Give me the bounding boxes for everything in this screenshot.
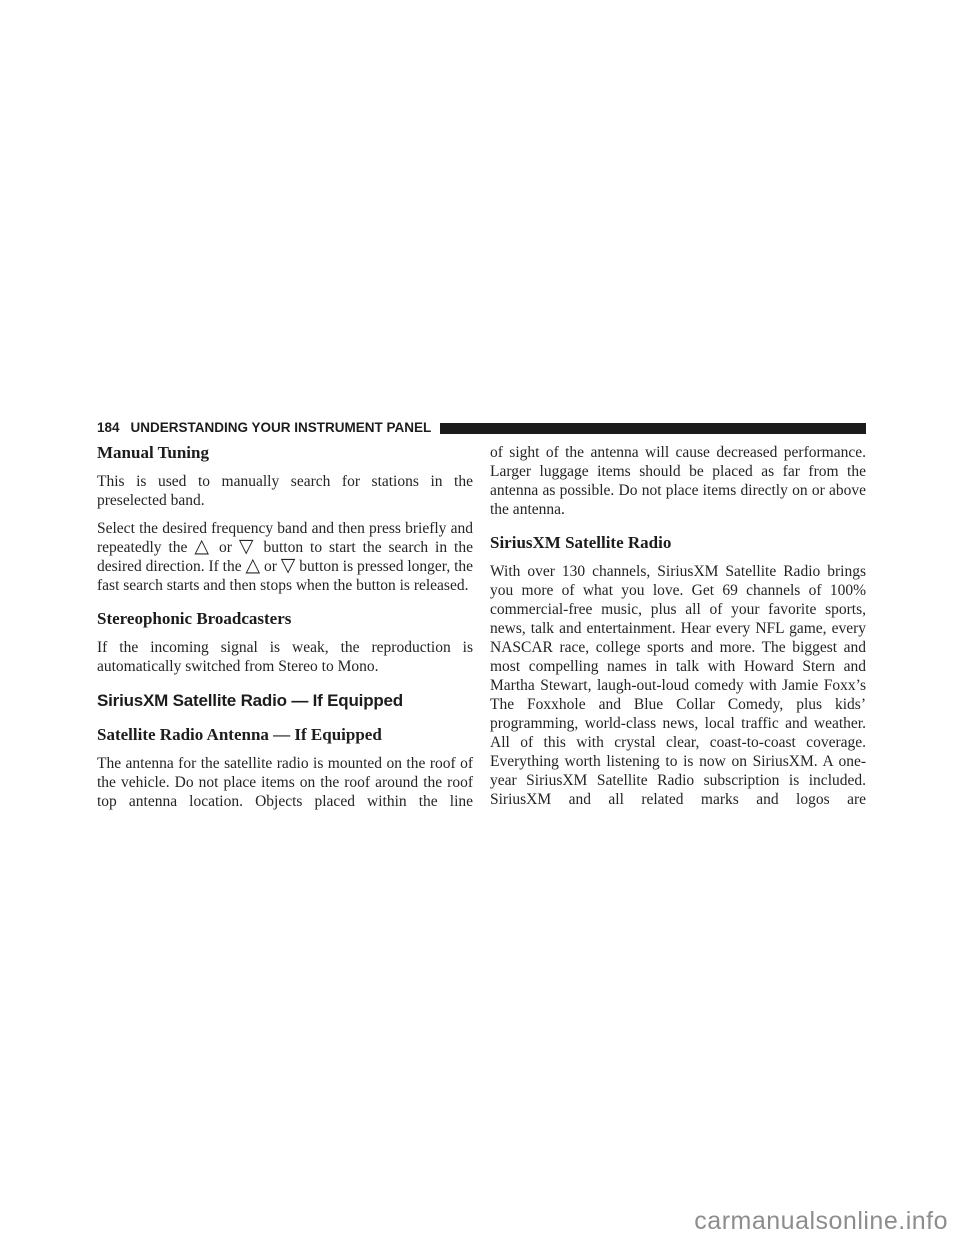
paragraph-stereo: If the incoming signal is weak, the repr… — [97, 638, 473, 676]
paragraph-antenna-continued: of sight of the antenna will cause decre… — [490, 443, 866, 519]
heading-stereophonic-broadcasters: Stereophonic Broadcasters — [97, 609, 473, 629]
heading-manual-tuning: Manual Tuning — [97, 443, 473, 463]
paragraph-antenna: The antenna for the satellite radio is m… — [97, 754, 473, 811]
header-title: UNDERSTANDING YOUR INSTRUMENT PANEL — [131, 420, 432, 435]
left-column: Manual Tuning This is used to manually s… — [97, 443, 473, 811]
manual-page-content: 184 UNDERSTANDING YOUR INSTRUMENT PANEL … — [97, 420, 866, 811]
heading-siriusxm-satellite-radio: SiriusXM Satellite Radio — [490, 533, 866, 553]
triangle-down-icon: ▽ — [281, 554, 296, 576]
watermark-text: carmanualsonline.info — [694, 1207, 948, 1236]
paragraph-siriusxm-description: With over 130 channels, SiriusXM Satelli… — [490, 562, 866, 809]
page-number: 184 — [97, 420, 120, 435]
heading-satellite-antenna: Satellite Radio Antenna — If Equipped — [97, 725, 473, 745]
search-text-4: or — [260, 558, 281, 575]
paragraph-manual-tuning: This is used to manually search for stat… — [97, 472, 473, 510]
header-rule-bar — [440, 423, 866, 434]
paragraph-search-buttons: Select the desired frequency band and th… — [97, 519, 473, 595]
right-column: of sight of the antenna will cause decre… — [490, 443, 866, 811]
heading-siriusxm-if-equipped: SiriusXM Satellite Radio — If Equipped — [97, 691, 473, 711]
triangle-up-icon: △ — [245, 554, 260, 576]
page-header: 184 UNDERSTANDING YOUR INSTRUMENT PANEL — [97, 420, 866, 435]
two-column-text: Manual Tuning This is used to manually s… — [97, 443, 866, 811]
search-text-2: or — [212, 539, 239, 556]
triangle-up-icon: △ — [194, 535, 212, 557]
